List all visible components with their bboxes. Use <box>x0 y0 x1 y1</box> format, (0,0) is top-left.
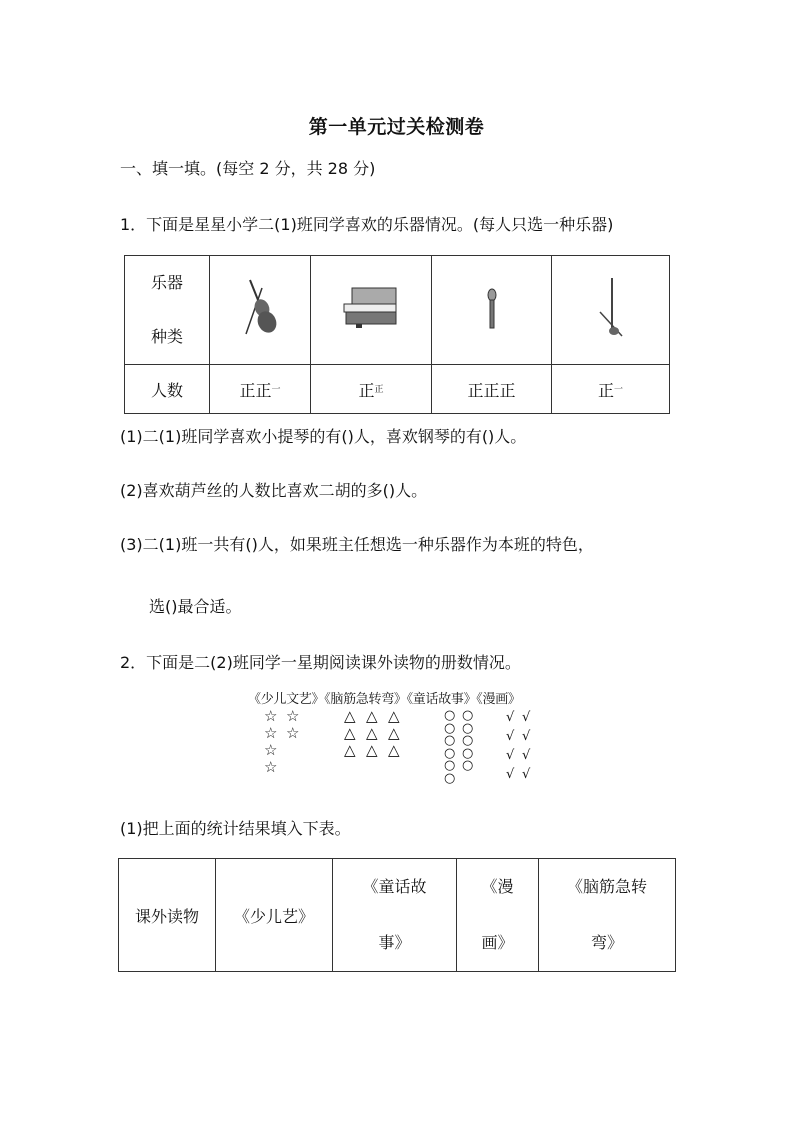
tally-hulusi: 正正正 <box>432 365 552 414</box>
reading-table: 课外读物 《少儿艺》 《童话故事》 《漫画》 《脑筋急转弯》 <box>118 858 676 972</box>
question-1-sub2: (2)喜欢葫芦丝的人数比喜欢二胡的多()人。 <box>120 478 427 501</box>
violin-cell <box>210 256 311 365</box>
erhu-cell <box>552 256 670 365</box>
col-tonghua: 《童话故事》 <box>333 859 457 972</box>
count-header: 人数 <box>125 365 210 414</box>
circles-column: ○○○○○○○○○○○ <box>444 710 480 785</box>
triangles-column: △△△△△△△△△ <box>344 708 410 759</box>
violin-image <box>240 278 280 338</box>
stars-column: ☆☆☆☆☆☆ <box>264 708 308 776</box>
question-2-sub1: (1)把上面的统计结果填入下表。 <box>120 816 351 839</box>
piano-image <box>342 286 400 330</box>
col-naojin: 《脑筋急转弯》 <box>539 859 676 972</box>
question-1-sub1: (1)二(1)班同学喜欢小提琴的有()人，喜欢钢琴的有()人。 <box>120 424 526 447</box>
question-1-prompt: 1．下面是星星小学二(1)班同学喜欢的乐器情况。(每人只选一种乐器) <box>120 212 613 235</box>
question-2-prompt: 2．下面是二(2)班同学一星期阅读课外读物的册数情况。 <box>120 650 521 673</box>
question-1-sub3: (3)二(1)班一共有()人，如果班主任想选一种乐器作为本班的特色， <box>120 532 594 555</box>
checks-column: √√√√√√√√ <box>506 708 538 784</box>
instrument-table: 乐器 种类 <box>124 255 670 414</box>
col-manhua: 《漫画》 <box>457 859 539 972</box>
reading-pictograph: 《少儿文艺》《脑筋急转弯》《童话故事》《漫画》 ☆☆☆☆☆☆ △△△△△△△△△… <box>248 688 548 798</box>
piano-cell <box>311 256 432 365</box>
tally-piano: 正正 <box>311 365 432 414</box>
question-1-sub3-cont: 选()最合适。 <box>149 594 242 617</box>
tally-violin: 正正一 <box>210 365 311 414</box>
page-title: 第一单元过关检测卷 <box>0 112 793 139</box>
instrument-type-header: 乐器 种类 <box>125 256 210 365</box>
col-shaoer: 《少儿艺》 <box>216 859 333 972</box>
pictograph-header: 《少儿文艺》《脑筋急转弯》《童话故事》《漫画》 <box>248 688 521 707</box>
tally-erhu: 正一 <box>552 365 670 414</box>
erhu-image <box>596 276 626 340</box>
hulusi-image <box>485 285 499 331</box>
hulusi-cell <box>432 256 552 365</box>
section-heading: 一、填一填。(每空 2 分，共 28 分) <box>120 156 375 179</box>
books-header: 课外读物 <box>119 859 216 972</box>
